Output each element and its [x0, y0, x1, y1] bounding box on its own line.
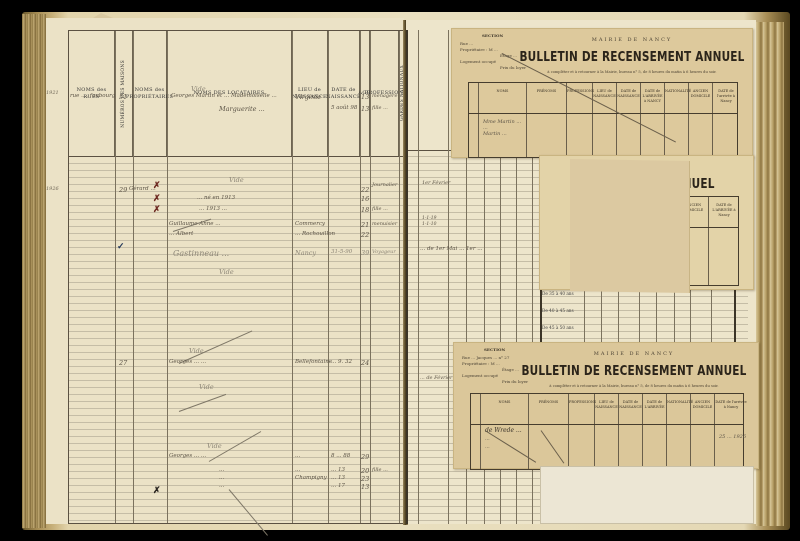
note-vide: Vide: [199, 383, 214, 391]
slip-col: DATE de l'arrivée à Nancy: [715, 394, 747, 469]
entry-profession: fille ...: [372, 105, 388, 111]
entry-age: 16: [361, 195, 369, 203]
slip-entry: ...: [485, 436, 490, 442]
page-edges-left: [22, 14, 46, 528]
slip-col: DATE de NAISSANCE: [617, 83, 641, 157]
slip-col: DATE de l'arrivée à Nancy: [713, 83, 739, 157]
red-x-mark: ✗: [153, 195, 161, 204]
slip-title: BULLETIN DE RECENSEMENT ANNUEL: [512, 50, 752, 65]
right-note: 1er Février: [422, 180, 450, 186]
slip-mairie: MAIRIE DE NANCY: [514, 351, 754, 357]
entry-date: ... 13: [331, 475, 345, 481]
slip-col: LIEU de NAISSANCE: [593, 83, 617, 157]
slip-col: NATIONALITÉ: [665, 83, 689, 157]
note-vide: Vide: [207, 442, 222, 450]
column-rule: [133, 31, 134, 523]
ruled-rows: [69, 157, 403, 523]
entry-locataire: ... Albert: [169, 231, 193, 237]
entry-profession: menuisier: [372, 221, 397, 227]
black-x-mark: ✗: [153, 487, 161, 496]
entry-age: 13: [361, 93, 369, 101]
register-table: NOMS des RUES NUMÉROS DES MAISONS NOMS d…: [68, 30, 404, 524]
column-rule: [448, 30, 449, 524]
entry-locataire: Georges ... ...: [169, 359, 206, 365]
entry-age: 22: [361, 231, 369, 239]
entry-lieu: Nancy: [295, 249, 316, 257]
entry-age: 22: [361, 186, 369, 194]
slip-col: PRÉNOMS: [527, 83, 567, 157]
header-proprietaires: NOMS des PROPRIÉTAIRES: [133, 31, 167, 156]
entry-age: 21: [361, 221, 369, 229]
entry-age: 18: [361, 206, 369, 214]
entry-locataire: Georges Martin et ... Mademoiselle ...: [171, 93, 277, 99]
entry-locataire: Marguerite ...: [219, 105, 265, 113]
entry-date: ... 9. 32: [331, 359, 352, 365]
slip-col: PRÉNOMS: [529, 394, 569, 469]
slip-section-label: SECTION: [482, 33, 503, 38]
slip-entry: ...: [485, 444, 490, 450]
slip-table-divider: [469, 113, 737, 114]
age-band-label: De 35 à 40 ans: [542, 291, 574, 296]
slip-col: PROFESSIONS: [569, 394, 595, 469]
entry-lieu: Commercy: [295, 221, 325, 227]
entry-profession: fille ...: [372, 206, 388, 212]
column-rule: [418, 30, 419, 524]
entry-lieu: ... Rochouillon: [295, 231, 335, 237]
slip-col: LIEU de NAISSANCE: [595, 394, 619, 469]
column-rule: [167, 31, 168, 523]
entry-lieu: ...: [295, 467, 300, 473]
age-band-label: De 45 à 50 ans: [542, 325, 574, 330]
entry-numero: 51: [119, 93, 127, 101]
slip-subtitle: à compléter et à retourner à la Mairie, …: [512, 70, 752, 74]
entry-locataire: ...: [219, 467, 224, 473]
right-note: ... de 1er Mai ... 1er ...: [420, 246, 482, 252]
slip-subtitle: à compléter et à retourner à la Mairie, …: [514, 384, 754, 388]
red-x-mark: ✗: [153, 206, 161, 215]
slip-table: NOMS PRÉNOMS PROFESSIONS LIEU de NAISSAN…: [468, 82, 738, 158]
slip-entry: Martin ...: [483, 131, 507, 137]
entry-locataire: ... né en 1913: [197, 195, 235, 201]
entry-age: 13: [361, 105, 369, 113]
slip-section-label: SECTION: [484, 347, 505, 352]
census-slip-top: SECTION Rue ... Propriétaire : M ... Éta…: [451, 28, 753, 158]
column-rule: [328, 31, 329, 523]
entry-lieu: Champigny: [295, 475, 327, 481]
right-note: 1-1-10: [422, 222, 437, 227]
slip-annotation: 25 ... 1926: [719, 434, 746, 440]
entry-lieu: ...: [295, 453, 300, 459]
entry-numero: 27: [119, 359, 127, 367]
slip-title: BULLETIN DE RECENSEMENT ANNUEL: [514, 364, 754, 379]
left-page: NOMS des RUES NUMÉROS DES MAISONS NOMS d…: [46, 18, 404, 524]
slip-col: ANCIEN DOMICILE: [691, 394, 715, 469]
register-tail-slip: [540, 466, 754, 524]
entry-profession: ménagère: [372, 93, 397, 99]
page-edges-right: [756, 22, 784, 526]
slip-table-divider: [471, 424, 743, 425]
entry-rue: rue ..., faubourg: [70, 93, 115, 99]
entry-locataire: Gastinneau ...: [173, 249, 229, 258]
entry-locataire: ...: [219, 483, 224, 489]
entry-date: 8 ... 88: [331, 453, 350, 459]
red-x-mark: ✗: [153, 182, 161, 191]
slip-col: DATE de L'ARRIVÉE: [643, 394, 667, 469]
entry-date: 5 août 98: [331, 105, 357, 111]
slip-col: [471, 394, 481, 469]
slip-col: [469, 83, 479, 157]
slip-col: DATE de L'ARRIVÉE à Nancy: [709, 197, 739, 285]
column-rule: [292, 31, 293, 523]
entry-lieu: Virginie: [295, 93, 321, 101]
census-slip-bottom: SECTION Rue ... Jacques ... n° 27 Propri…: [453, 342, 759, 469]
column-rule: [370, 31, 371, 523]
entry-age: 23: [361, 475, 369, 483]
entry-date: ... 13: [331, 467, 345, 473]
slip-entry: Mme Martin ...: [483, 119, 521, 125]
slip-table: NOMS PRÉNOMS PROFESSIONS LIEU de NAISSAN…: [470, 393, 744, 470]
note-vide: Vide: [229, 176, 244, 184]
entry-profession: Voyageur: [372, 249, 396, 255]
margin-note: 1926: [46, 186, 59, 192]
entry-proprietaire: Gérard ...: [129, 186, 156, 192]
entry-lieu: Bellefontaine: [295, 359, 332, 365]
entry-locataire: Georges ... ...: [169, 453, 206, 459]
right-note: ... de Février: [420, 375, 452, 381]
slip-col: DATE de L'ARRIVÉE à NANCY: [641, 83, 665, 157]
entry-date: 31-5-90: [331, 249, 352, 255]
entry-locataire: ...: [219, 475, 224, 481]
entry-age: 13: [361, 483, 369, 491]
entry-profession: fille ...: [372, 467, 388, 473]
entry-numero: 29: [119, 186, 127, 194]
entry-profession: Journalier: [372, 182, 397, 188]
entry-age: 39: [361, 249, 369, 257]
slip-col: NATIONALITÉ: [667, 394, 691, 469]
header-date: DATE de NAISSANCE: [328, 31, 360, 156]
right-note: 1-1-19: [422, 216, 437, 221]
entry-locataire: ... 1913 ...: [199, 206, 227, 212]
column-rule: [399, 31, 400, 523]
entry-age: 29: [361, 453, 369, 461]
age-band-label: De 40 à 45 ans: [542, 308, 574, 313]
slip-col: ANCIEN DOMICILE: [689, 83, 713, 157]
entry-age: 20: [361, 467, 369, 475]
entry-age: 24: [361, 359, 369, 367]
margin-note: 1921: [46, 90, 59, 96]
column-rule: [115, 31, 116, 523]
slip-col: DATE de NAISSANCE: [619, 394, 643, 469]
blue-check-mark: ✓: [117, 243, 125, 252]
slip-mairie: MAIRIE DE NANCY: [512, 37, 752, 43]
note-vide: Vide: [219, 268, 234, 276]
note-vide: Vide: [191, 85, 206, 93]
blank-slip-overlay: [570, 159, 690, 293]
entry-date: ... 17: [331, 483, 345, 489]
